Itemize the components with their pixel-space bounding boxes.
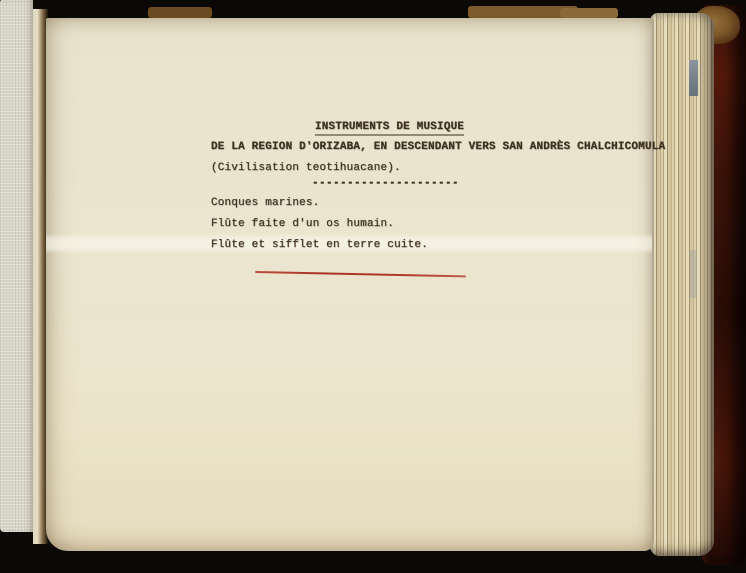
typed-dash-divider: --------------------- <box>312 177 459 189</box>
fanned-page-edges <box>650 13 714 556</box>
book-scan: INSTRUMENTS DE MUSIQUE DE LA REGION D'OR… <box>0 0 746 573</box>
civilisation-line: (Civilisation teotihuacane). <box>211 162 401 174</box>
page-edge-smudge <box>690 250 697 298</box>
cloth-spine <box>0 0 33 532</box>
heading-underlined-text: INSTRUMENTS DE MUSIQUE <box>315 121 464 136</box>
list-item-flute-sifflet: Flûte et sifflet en terre cuite. <box>211 239 428 251</box>
list-item-flute-os: Flûte faite d'un os humain. <box>211 218 394 230</box>
document-subheading: DE LA REGION D'ORIZABA, EN DESCENDANT VE… <box>211 141 665 153</box>
rear-page-top-edge <box>560 8 618 18</box>
document-heading: INSTRUMENTS DE MUSIQUE <box>315 121 464 133</box>
typescript-page <box>46 18 654 551</box>
rear-page-top-edge <box>148 7 212 18</box>
page-tab <box>689 60 698 96</box>
list-item-conques: Conques marines. <box>211 197 320 209</box>
